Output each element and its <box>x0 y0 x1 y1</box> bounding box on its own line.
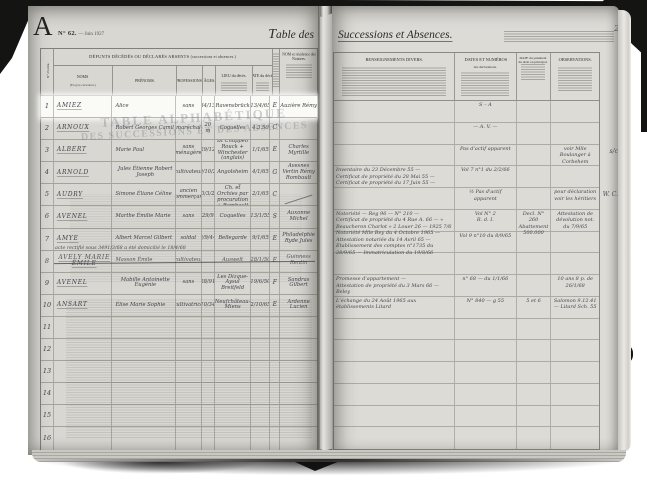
cell-r-rens <box>334 253 455 274</box>
header-date-label: DATE du décès. <box>253 73 272 78</box>
cell-r-dates <box>455 362 517 383</box>
form-number-line: N° 62. — Juin 1927 <box>58 30 104 37</box>
header-lieu-deces: LIEU du décès. <box>216 66 253 96</box>
cell-c-age <box>202 317 215 338</box>
cell-r-princ <box>517 362 552 383</box>
cell-c-b: E <box>270 295 280 316</box>
cell-c-prof <box>176 361 202 382</box>
cell-c-not: Ardenne Lucien <box>280 295 317 316</box>
right-table-row <box>334 427 599 449</box>
cell-c-b: E <box>270 251 280 272</box>
cell-c-pren: Simone Éliane Céline <box>112 184 176 205</box>
header-lieu-label: LIEU du décès. <box>222 73 247 78</box>
cell-c-prof: sans <box>176 273 202 294</box>
cell-c-no: 15 <box>41 405 54 426</box>
cell-c-age: 9/10/2 <box>202 162 215 183</box>
left-table-row: 8Avely Marie ÉmileMasson Émilecultivateu… <box>41 251 317 273</box>
cell-c-no: 13 <box>41 361 54 382</box>
right-table-row <box>334 319 599 341</box>
form-number: N° 62. <box>58 30 77 37</box>
cell-c-noms: Audry <box>54 184 113 205</box>
cell-c-date: 13/4/65 <box>251 96 270 117</box>
cell-c-b: F <box>270 273 280 294</box>
cell-c-not <box>280 339 317 360</box>
right-table-row: L'échange du 24 Août 1965 aux établissem… <box>334 297 599 319</box>
header-professions-label: PROFESSIONS. <box>177 78 203 83</box>
cell-c-not: Charles Myrtille <box>280 140 317 161</box>
right-table-row: Pas d'actif apparentvoir Mlle Boulanger … <box>334 145 599 167</box>
cell-c-age <box>202 361 215 382</box>
scanned-register-book: A N° 62. — Juin 1927 Table des N° d'ordr… <box>0 0 647 480</box>
header-notaires-label: NOM et résidence des Notaires. <box>282 52 316 61</box>
right-table-row: — A. V. — <box>334 123 599 145</box>
fine-print-lines <box>256 81 269 91</box>
header-dates-sub: des déclarations. <box>474 65 497 69</box>
cell-c-lieu <box>215 427 252 449</box>
header-ages: ÂGES. <box>203 66 216 96</box>
cell-c-age: 34/13 <box>202 96 215 117</box>
header-prenoms: PRÉNOMS. <box>113 66 177 96</box>
cell-c-prof: maréchal <box>176 118 202 139</box>
cell-r-rens: Promesse d'appartement — Attestation de … <box>334 275 455 296</box>
cell-r-dates: ½ Pas d'actif apparent <box>455 188 517 209</box>
cell-c-no: 1 <box>41 96 54 117</box>
cell-r-obs <box>551 406 599 427</box>
cell-c-prof: cultivateur <box>176 251 202 272</box>
header-principal-label: DATE du paiement du droit en principal. <box>518 56 548 64</box>
cell-c-noms: Arnoux <box>54 118 113 139</box>
cell-r-obs <box>551 340 599 361</box>
left-table-row: 15 <box>41 405 317 427</box>
right-table-row: Vol 9 n°10 du 8/9/65 <box>334 232 599 254</box>
printed-corner-note <box>504 30 614 42</box>
cell-r-obs: Attestation de dévolution not. du 7/9/65 <box>551 210 599 231</box>
cell-c-pren: Marthe Émilie Marie <box>112 206 176 227</box>
header-noms-sub: (En gros caractères.) <box>70 83 96 87</box>
fine-print-lines <box>504 30 614 42</box>
book-bottom-shadow <box>60 462 260 474</box>
cell-r-rens <box>334 384 455 405</box>
cell-c-not: Guinness Rentin <box>280 251 317 272</box>
left-table-row: 11 <box>41 317 317 339</box>
left-table-header: N° d'ordre. DÉFUNTS DÉCÉDÉS OU DÉCLARÉS … <box>41 49 317 96</box>
cell-c-noms <box>54 427 113 449</box>
cell-c-pren <box>112 427 176 449</box>
cell-c-noms <box>54 361 113 382</box>
cell-c-date: 2/1/65 <box>251 184 270 205</box>
left-table-row: 13 <box>41 361 317 383</box>
header-renseignements: RENSEIGNEMENTS DIVERS. <box>334 53 455 100</box>
cell-r-dates: Vol N° 2 R. d. I. <box>455 210 517 231</box>
left-table-row: 4ArnoldJules Étienne Robert Josephcultiv… <box>41 162 317 184</box>
left-table-row: 9AvenelMabille Antoinette Eugéniesans28/… <box>41 273 317 295</box>
header-observations-label: OBSERVATIONS. <box>559 57 592 62</box>
cell-c-noms: Avenel <box>54 206 113 227</box>
cell-r-obs <box>551 166 599 187</box>
header-order-label: N° d'ordre. <box>46 63 50 78</box>
cell-c-prof <box>176 339 202 360</box>
cell-c-noms: Albert <box>54 140 113 161</box>
cell-c-lieu <box>215 383 252 404</box>
cell-r-obs: 10 ans 8 p. de 26/1/68 <box>551 275 599 296</box>
header-bureau-col <box>272 49 280 95</box>
cell-c-prof: sans ménagère <box>176 140 202 161</box>
cell-r-dates: n° 68 — du 1/1/66 <box>455 275 517 296</box>
left-page: A N° 62. — Juin 1927 Table des N° d'ordr… <box>28 6 320 455</box>
cell-c-date: 4/1/65 <box>251 162 270 183</box>
cell-r-princ <box>517 427 552 449</box>
right-table-row: Notoriété — Reg 96 — N° 210 — Certificat… <box>334 210 599 232</box>
left-page-title: Table des <box>268 27 314 43</box>
cell-r-princ: 5 et 6 <box>517 297 552 318</box>
cell-r-dates <box>455 319 517 340</box>
cell-c-no: 8 <box>41 251 54 272</box>
book-cover-right-edge <box>641 0 647 132</box>
cell-c-b <box>270 339 280 360</box>
header-band: DÉFUNTS DÉCÉDÉS OU DÉCLARÉS ABSENTS (suc… <box>54 49 272 66</box>
fine-print-lines <box>521 64 545 80</box>
right-table-header: RENSEIGNEMENTS DIVERS. DATES ET NUMÉROS … <box>334 53 599 101</box>
cell-c-noms: Arnold <box>54 162 113 183</box>
cell-r-dates <box>455 406 517 427</box>
cell-r-dates: N° 840 — g 55 <box>455 297 517 318</box>
cell-r-princ <box>517 123 552 144</box>
cell-r-princ <box>517 232 552 253</box>
right-table-row: S – A <box>334 101 599 123</box>
fine-print-lines <box>558 67 592 91</box>
left-table-row: 3AlbertMarie Paulsans ménagère29/12Bt Ch… <box>41 140 317 162</box>
book-gutter <box>318 6 333 455</box>
cell-c-pren: Masson Émile <box>112 251 176 272</box>
cell-c-date: 19/6/50 <box>251 273 270 294</box>
cell-c-age: 20 m <box>202 118 215 139</box>
cell-c-noms: Avenel <box>54 273 113 294</box>
cell-r-dates: Vol 7 n°1 du 2/2/66 <box>455 166 517 187</box>
cell-c-lieu: Ravensbrück <box>215 96 252 117</box>
left-table-row: 16 <box>41 427 317 449</box>
cell-c-date <box>251 405 270 426</box>
header-dates-label: DATES ET NUMÉROS <box>464 57 507 62</box>
cell-r-rens <box>334 362 455 383</box>
cell-c-pren <box>112 361 176 382</box>
cell-r-obs: Salomon 9.12.41 — Litard Sch. 55 <box>551 297 599 318</box>
cell-c-b <box>270 405 280 426</box>
cell-c-noms <box>54 317 113 338</box>
cell-c-not: Philadelphie Ryde Jules <box>280 229 317 250</box>
cell-c-no: 3 <box>41 140 54 161</box>
cell-c-noms: Avely Marie Émile <box>54 251 113 272</box>
cell-r-princ <box>517 166 552 187</box>
right-table-row: ½ Pas d'actif apparentpour déclaration v… <box>334 188 599 210</box>
cell-c-no: 9 <box>41 273 54 294</box>
cell-r-obs <box>551 232 599 253</box>
cell-c-not <box>280 383 317 404</box>
cell-c-b <box>270 383 280 404</box>
right-table-row <box>334 253 599 275</box>
right-page-title: Successions et Absences. <box>338 29 452 41</box>
cell-c-b: C <box>270 184 280 205</box>
right-table-row <box>334 362 599 384</box>
cell-c-no: 11 <box>41 317 54 338</box>
cell-c-noms: Amiez <box>54 96 113 117</box>
cell-r-obs <box>551 123 599 144</box>
cell-r-rens: Notoriété — Reg 96 — N° 210 — Certificat… <box>334 210 455 231</box>
left-table-row: 2ArnouxRobert Georges Camilmaréchal20 mC… <box>41 118 317 140</box>
cell-r-princ: Decl. N° 260 Abattement 500.000 <box>517 210 552 231</box>
cell-c-not <box>280 317 317 338</box>
left-table: N° d'ordre. DÉFUNTS DÉCÉDÉS OU DÉCLARÉS … <box>40 48 318 451</box>
cell-c-b <box>270 427 280 449</box>
cell-c-lieu: Le Aulnay-le-Ch. et Orchies par procurat… <box>215 184 252 205</box>
cell-c-pren: Robert Georges Camil <box>112 118 176 139</box>
cell-c-lieu: Les Dizque-Aysul Breitfeld <box>215 273 252 294</box>
header-order-col: N° d'ordre. <box>41 49 54 95</box>
cell-c-not <box>280 405 317 426</box>
cell-r-rens <box>334 232 455 253</box>
cell-c-b: S <box>270 206 280 227</box>
cell-c-not <box>280 361 317 382</box>
cell-r-rens <box>334 188 455 209</box>
cell-c-lieu: Coquelles <box>215 118 252 139</box>
cell-c-lieu: Neufchâteau-Miens <box>215 295 252 316</box>
cell-c-no: 10 <box>41 295 54 316</box>
cell-r-rens <box>334 340 455 361</box>
cell-c-date <box>251 361 270 382</box>
header-observations: OBSERVATIONS. <box>551 53 599 100</box>
cell-c-pren: Marie Paul <box>112 140 176 161</box>
cell-c-lieu: Coquelles <box>215 206 252 227</box>
right-table-row <box>334 384 599 406</box>
cell-r-princ <box>517 406 552 427</box>
cell-c-age: 28/91 <box>202 273 215 294</box>
cell-c-age <box>202 427 215 449</box>
cell-c-age <box>202 251 215 272</box>
page-block-edge <box>618 10 631 452</box>
cell-r-princ <box>517 340 552 361</box>
cell-c-no: 16 <box>41 427 54 449</box>
cell-c-date <box>251 427 270 449</box>
cell-r-dates <box>455 253 517 274</box>
cell-c-prof: ancien commerçant <box>176 184 202 205</box>
cell-c-noms <box>54 405 113 426</box>
form-issue: — Juin 1927 <box>78 32 104 37</box>
fine-print-lines <box>461 72 509 96</box>
cell-r-dates: Vol 9 n°10 du 8/9/65 <box>455 232 517 253</box>
cell-c-b: C <box>270 118 280 139</box>
header-noms: NOMS (En gros caractères.) <box>54 66 113 96</box>
cell-c-not <box>280 427 317 449</box>
cell-c-no: 7 <box>41 229 54 250</box>
cell-c-pren: Mabille Antoinette Eugénie <box>112 273 176 294</box>
cell-c-date: 13/1/55 <box>251 206 270 227</box>
header-middle: DÉFUNTS DÉCÉDÉS OU DÉCLARÉS ABSENTS (suc… <box>54 49 272 95</box>
cell-c-prof <box>176 317 202 338</box>
left-table-row: 12 <box>41 339 317 361</box>
cell-c-pren <box>112 317 176 338</box>
cell-c-noms: Ansart <box>54 295 113 316</box>
cell-r-obs <box>551 362 599 383</box>
cell-r-dates <box>455 427 517 449</box>
cell-c-noms <box>54 383 113 404</box>
band-title: DÉFUNTS DÉCÉDÉS OU DÉCLARÉS ABSENTS <box>89 54 189 59</box>
cell-c-age: 10/3/20 <box>202 184 215 205</box>
fine-print-lines <box>273 53 279 87</box>
cell-c-age: 29/9 <box>202 206 215 227</box>
header-ages-label: ÂGES. <box>203 78 214 83</box>
cell-c-age <box>202 339 215 360</box>
cell-c-age: 10/34 <box>202 295 215 316</box>
cell-r-dates <box>455 340 517 361</box>
right-table-row <box>334 340 599 362</box>
cell-c-not: Auxonne Michel <box>280 206 317 227</box>
cell-c-no: 14 <box>41 383 54 404</box>
cell-r-princ <box>517 145 552 166</box>
left-table-row: 5AudrySimone Éliane Célineancien commerç… <box>41 184 317 206</box>
cell-r-rens: Inventaire du 23 Décembre 55 — Certifica… <box>334 166 455 187</box>
cell-c-no: 4 <box>41 162 54 183</box>
cell-c-b: G <box>270 162 280 183</box>
cell-c-prof: cultivateur <box>176 162 202 183</box>
cell-c-lieu <box>215 339 252 360</box>
cell-c-lieu: Angolsheim <box>215 162 252 183</box>
cell-c-age <box>202 383 215 404</box>
margin-annotation: W. C. <box>603 191 618 198</box>
cell-r-obs <box>551 384 599 405</box>
cell-c-pren: Jules Étienne Robert Joseph <box>112 162 176 183</box>
cell-c-no: 5 <box>41 184 54 205</box>
cell-c-not: Auzière Rémy <box>280 96 317 117</box>
header-noms-label: NOMS <box>77 74 89 79</box>
cell-r-dates: S – A <box>455 101 517 122</box>
cell-r-obs <box>551 319 599 340</box>
band-sub: (successions et absences.) <box>191 54 237 58</box>
cell-c-date <box>251 339 270 360</box>
cell-r-rens <box>334 319 455 340</box>
cell-c-date <box>251 383 270 404</box>
cell-r-rens: L'échange du 24 Août 1965 aux établissem… <box>334 297 455 318</box>
right-table-rows: S – A— A. V. —Pas d'actif apparentvoir M… <box>334 101 599 449</box>
cell-c-lieu <box>215 317 252 338</box>
cell-c-prof <box>176 383 202 404</box>
cell-r-dates <box>455 384 517 405</box>
cell-c-no: 12 <box>41 339 54 360</box>
cell-c-prof <box>176 405 202 426</box>
cell-r-dates: — A. V. — <box>455 123 517 144</box>
cell-c-not: Avesnes Vertin Rémy Rombault <box>280 162 317 183</box>
cell-c-b <box>270 361 280 382</box>
cell-r-obs: voir Mlle Boulanger à Corbehem <box>551 145 599 166</box>
cell-c-date <box>251 317 270 338</box>
left-table-row: 1AmiezAlicesans34/13Ravensbrück13/4/65EA… <box>41 96 317 118</box>
header-renseignements-label: RENSEIGNEMENTS DIVERS. <box>365 57 422 62</box>
cell-c-not: Sandras Gilbert <box>280 273 317 294</box>
cell-c-age <box>202 405 215 426</box>
cell-r-rens <box>334 101 455 122</box>
cell-c-pren <box>112 339 176 360</box>
header-professions: PROFESSIONS. <box>177 66 203 96</box>
row-correction-note: acte rectifié sous 3491/3/68 a été domic… <box>55 246 275 251</box>
cell-r-princ <box>517 101 552 122</box>
cell-c-noms <box>54 339 113 360</box>
cell-r-rens <box>334 427 455 449</box>
left-table-row: 14 <box>41 383 317 405</box>
cell-c-date: 2/10/65 <box>251 295 270 316</box>
cell-c-pren: Alice <box>112 96 176 117</box>
right-page: Successions et Absences. 2 RENSEIGNEMENT… <box>332 6 619 456</box>
right-table-row: Inventaire du 23 Décembre 55 — Certifica… <box>334 166 599 188</box>
cell-r-dates: Pas d'actif apparent <box>455 145 517 166</box>
cell-r-princ <box>517 275 552 296</box>
left-table-rows: 1AmiezAlicesans34/13Ravensbrück13/4/65EA… <box>41 96 317 450</box>
fine-print-lines <box>286 64 312 78</box>
header-notaires: NOM et résidence des Notaires. <box>280 49 317 95</box>
cell-c-prof: sans <box>176 206 202 227</box>
cell-c-not <box>280 118 317 139</box>
cell-c-b <box>270 317 280 338</box>
cell-c-date: 1/1/65 <box>251 140 270 161</box>
cell-c-not <box>280 184 317 205</box>
cell-c-date: 28/1/50 <box>251 251 270 272</box>
cell-r-rens <box>334 123 455 144</box>
cell-r-rens <box>334 406 455 427</box>
cell-c-no: 6 <box>41 206 54 227</box>
cell-r-obs <box>551 427 599 449</box>
cell-r-obs <box>551 101 599 122</box>
alphabet-tab-letter: A <box>33 11 53 42</box>
cell-c-prof: cultivatrice <box>176 295 202 316</box>
cell-r-obs: pour déclaration voir les héritiers <box>551 188 599 209</box>
cell-c-age: 29/12 <box>202 140 215 161</box>
right-table-row <box>334 406 599 428</box>
cell-r-princ <box>517 319 552 340</box>
cell-r-rens <box>334 145 455 166</box>
cell-c-no: 2 <box>41 118 54 139</box>
cell-c-prof <box>176 427 202 449</box>
left-table-row: 10AnsartÉlise Marie Sophiecultivatrice10… <box>41 295 317 317</box>
fine-print-lines <box>221 81 247 91</box>
header-droit-principal: DATE du paiement du droit en principal. <box>517 53 552 100</box>
left-table-row: 6AvenelMarthe Émilie Mariesans29/9Coquel… <box>41 206 317 228</box>
right-table: RENSEIGNEMENTS DIVERS. DATES ET NUMÉROS … <box>333 52 600 450</box>
cell-c-pren: Élise Marie Sophie <box>112 295 176 316</box>
cell-c-prof: sans <box>176 96 202 117</box>
cell-r-princ <box>517 384 552 405</box>
cell-c-lieu <box>215 405 252 426</box>
cell-c-lieu: Bt Chappell Rouck + Winchester (anglais) <box>215 140 252 161</box>
cell-r-princ <box>517 188 552 209</box>
margin-annotation: s/c <box>610 148 618 155</box>
header-prenoms-label: PRÉNOMS. <box>135 78 155 83</box>
cell-c-pren <box>112 383 176 404</box>
cell-r-princ <box>517 253 552 274</box>
cell-r-obs <box>551 253 599 274</box>
header-subcolumns: NOMS (En gros caractères.) PRÉNOMS. PROF… <box>54 66 272 96</box>
header-date-deces: DATE du décès. <box>253 66 272 96</box>
cell-c-b: E <box>270 140 280 161</box>
cell-c-lieu: Auswelt <box>215 251 252 272</box>
cell-c-date: 4.3.50 <box>251 118 270 139</box>
cell-c-b: E <box>270 96 280 117</box>
header-dates-numeros: DATES ET NUMÉROS des déclarations. <box>455 53 517 100</box>
cell-c-pren <box>112 405 176 426</box>
fine-print-lines <box>342 66 446 96</box>
right-table-row: Promesse d'appartement — Attestation de … <box>334 275 599 297</box>
cell-c-lieu <box>215 361 252 382</box>
